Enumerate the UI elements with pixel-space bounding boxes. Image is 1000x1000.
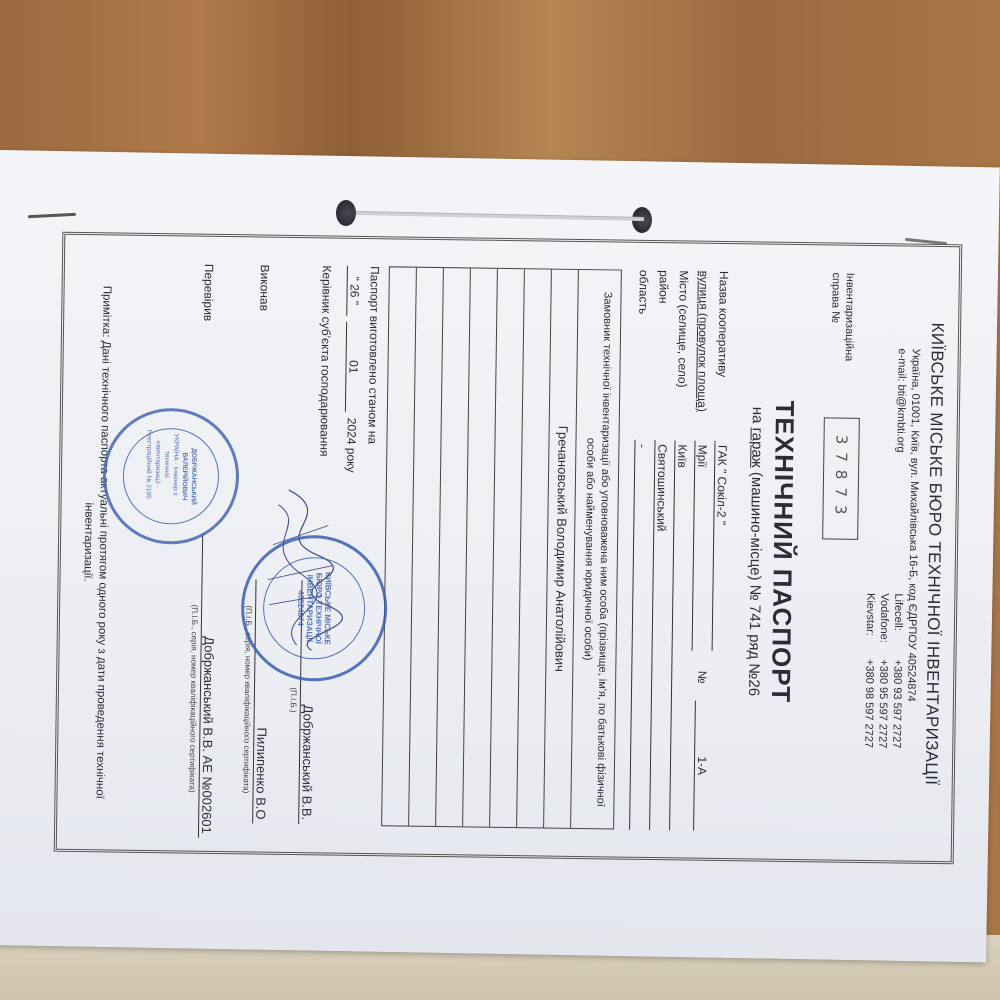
contact-row: Kievstar:+380 98 597 2727 <box>861 593 877 748</box>
technical-passport-page: КИЇВСЬКЕ МІСЬКЕ БЮРО ТЕХНІЧНОЇ ІНВЕНТАРИ… <box>54 232 963 865</box>
inventory-case-number: 37873 <box>822 417 860 539</box>
stamp-name: ДОБРЖАНСЬКИЙ ВАЛЕРІЙОВИЧ <box>179 430 198 524</box>
signature-scribble <box>256 485 348 656</box>
contact-phones: Lifecell:+380 93 597 2727 Vodafone:+380 … <box>861 593 905 749</box>
field-number: № 1-А <box>693 671 710 831</box>
stamp-text: УКРАЇНА · Інженер з технічної інвентариз… <box>144 429 181 499</box>
customer-table-heading: Замовник технічної інвентаризації або уп… <box>570 270 621 829</box>
checked-label: Перевірив <box>201 264 216 322</box>
passport-made-label: Паспорт виготовлено станом на <box>365 266 381 444</box>
executed-label: Виконав <box>257 264 272 311</box>
inventory-case-label: Інвентаризаційна справа № <box>828 272 857 361</box>
binder-hole-left <box>336 200 356 226</box>
customer-table: Замовник технічної інвентаризації або уп… <box>381 266 622 829</box>
head-label: Керівник суб'єкта господарювання <box>317 265 334 456</box>
passport-date: " 26 " 01 2024 року <box>344 266 362 473</box>
contact-row: Vodafone:+380 95 597 2727 <box>875 593 891 748</box>
contact-row: Lifecell:+380 93 597 2727 <box>889 593 905 748</box>
